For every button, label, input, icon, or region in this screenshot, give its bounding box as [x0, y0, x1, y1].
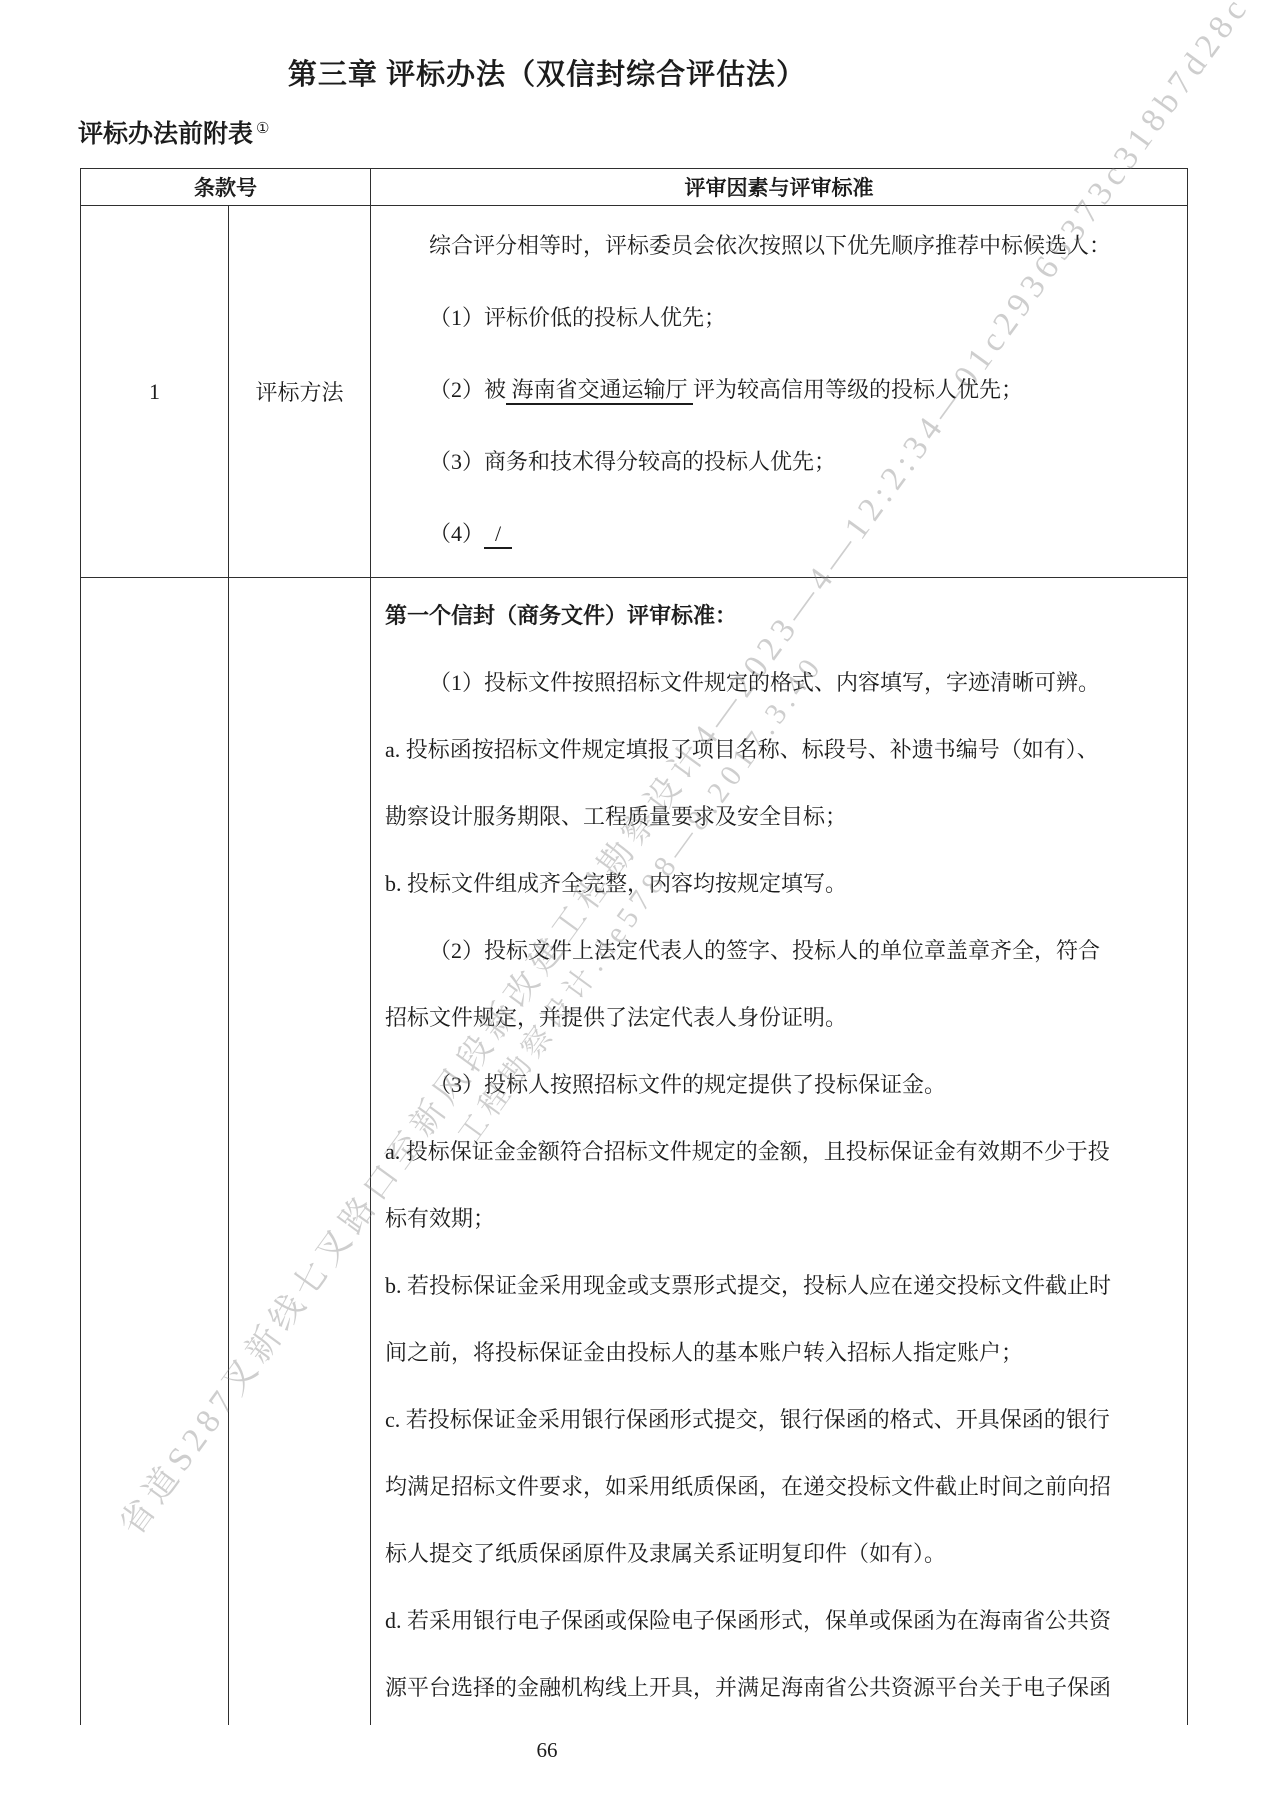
- table-text-line: （2）被 海南省交通运输厅 评为较高信用等级的投标人优先；: [385, 354, 1173, 426]
- text-run: （4）: [429, 521, 484, 546]
- evaluation-criteria-table: 条款号 评审因素与评审标准 1 评标方法 综合评分相等时，评标委员会依次按照以下…: [80, 168, 1188, 1725]
- text-run: 源平台选择的金融机构线上开具，并满足海南省公共资源平台关于电子保函: [385, 1675, 1111, 1700]
- criteria-content-cell: 综合评分相等时，评标委员会依次按照以下优先顺序推荐中标候选人：（1）评标价低的投…: [371, 206, 1187, 577]
- table-text-line: （3）投标人按照招标文件的规定提供了投标保证金。: [385, 1051, 1173, 1118]
- table-text-line: （3）商务和技术得分较高的投标人优先；: [385, 426, 1173, 498]
- table-text-line: 招标文件规定，并提供了法定代表人身份证明。: [385, 984, 1173, 1051]
- footnote-mark: ①: [256, 121, 269, 137]
- text-run: 第一个信封（商务文件）评审标准：: [385, 603, 737, 628]
- text-run: c. 若投标保证金采用银行保函形式提交，银行保函的格式、开具保函的银行: [385, 1407, 1110, 1432]
- section-title: 评标办法前附表①: [78, 114, 269, 150]
- table-row: 第一个信封（商务文件）评审标准：（1）投标文件按照招标文件规定的格式、内容填写，…: [81, 578, 1187, 1725]
- header-clause-number: 条款号: [81, 169, 371, 205]
- page-number: 66: [0, 1738, 1094, 1763]
- table-text-line: （4） /: [385, 498, 1173, 570]
- table-text-line: d. 若采用银行电子保函或保险电子保函形式，保单或保函为在海南省公共资: [385, 1587, 1173, 1654]
- table-text-line: c. 若投标保证金采用银行保函形式提交，银行保函的格式、开具保函的银行: [385, 1386, 1173, 1453]
- table-text-line: （1）评标价低的投标人优先；: [385, 282, 1173, 354]
- text-run: d. 若采用银行电子保函或保险电子保函形式，保单或保函为在海南省公共资: [385, 1608, 1111, 1633]
- text-run: 勘察设计服务期限、工程质量要求及安全目标；: [385, 804, 847, 829]
- text-run: （3）商务和技术得分较高的投标人优先；: [429, 449, 836, 474]
- underlined-blank: 海南省交通运输厅: [506, 377, 693, 405]
- table-text-line: a. 投标函按招标文件规定填报了项目名称、标段号、补遗书编号（如有）、: [385, 716, 1173, 783]
- text-run: 均满足招标文件要求，如采用纸质保函，在递交投标文件截止时间之前向招: [385, 1474, 1111, 1499]
- table-text-line: 第一个信封（商务文件）评审标准：: [385, 582, 1173, 649]
- table-text-line: 标人提交了纸质保函原件及隶属关系证明复印件（如有）。: [385, 1520, 1173, 1587]
- text-run: （3）投标人按照招标文件的规定提供了投标保证金。: [429, 1072, 946, 1097]
- clause-name-cell: [229, 578, 371, 1725]
- text-run: （2）被: [429, 377, 506, 402]
- text-run: （1）投标文件按照招标文件规定的格式、内容填写，字迹清晰可辨。: [429, 670, 1100, 695]
- text-run: 标有效期；: [385, 1206, 495, 1231]
- text-run: 评为较高信用等级的投标人优先；: [693, 377, 1023, 402]
- text-run: a. 投标函按招标文件规定填报了项目名称、标段号、补遗书编号（如有）、: [385, 737, 1099, 762]
- table-text-line: 勘察设计服务期限、工程质量要求及安全目标；: [385, 783, 1173, 850]
- text-run: 招标文件规定，并提供了法定代表人身份证明。: [385, 1005, 847, 1030]
- clause-number-cell: 1: [81, 206, 229, 577]
- text-run: 综合评分相等时，评标委员会依次按照以下优先顺序推荐中标候选人：: [429, 233, 1111, 258]
- table-text-line: 综合评分相等时，评标委员会依次按照以下优先顺序推荐中标候选人：: [385, 210, 1173, 282]
- table-text-line: （1）投标文件按照招标文件规定的格式、内容填写，字迹清晰可辨。: [385, 649, 1173, 716]
- underlined-blank: /: [484, 521, 512, 549]
- criteria-content-cell: 第一个信封（商务文件）评审标准：（1）投标文件按照招标文件规定的格式、内容填写，…: [371, 578, 1187, 1725]
- table-text-line: b. 若投标保证金采用现金或支票形式提交，投标人应在递交投标文件截止时: [385, 1252, 1173, 1319]
- table-text-line: b. 投标文件组成齐全完整，内容均按规定填写。: [385, 850, 1173, 917]
- table-text-line: 标有效期；: [385, 1185, 1173, 1252]
- text-run: 间之前，将投标保证金由投标人的基本账户转入招标人指定账户；: [385, 1340, 1023, 1365]
- text-run: 标人提交了纸质保函原件及隶属关系证明复印件（如有）。: [385, 1541, 946, 1566]
- table-header-row: 条款号 评审因素与评审标准: [81, 169, 1187, 206]
- clause-number-cell: [81, 578, 229, 1725]
- table-text-line: （2）投标文件上法定代表人的签字、投标人的单位章盖章齐全，符合: [385, 917, 1173, 984]
- table-text-line: 源平台选择的金融机构线上开具，并满足海南省公共资源平台关于电子保函: [385, 1654, 1173, 1721]
- clause-name-cell: 评标方法: [229, 206, 371, 577]
- section-title-text: 评标办法前附表: [78, 121, 253, 148]
- table-text-line: 间之前，将投标保证金由投标人的基本账户转入招标人指定账户；: [385, 1319, 1173, 1386]
- text-run: b. 若投标保证金采用现金或支票形式提交，投标人应在递交投标文件截止时: [385, 1273, 1111, 1298]
- text-run: （1）评标价低的投标人优先；: [429, 305, 726, 330]
- text-run: b. 投标文件组成齐全完整，内容均按规定填写。: [385, 871, 847, 896]
- text-run: （2）投标文件上法定代表人的签字、投标人的单位章盖章齐全，符合: [429, 938, 1100, 963]
- header-criteria: 评审因素与评审标准: [371, 169, 1187, 205]
- table-text-line: a. 投标保证金金额符合招标文件规定的金额，且投标保证金有效期不少于投: [385, 1118, 1173, 1185]
- chapter-title: 第三章 评标办法（双信封综合评估法）: [0, 52, 1094, 93]
- table-text-line: 均满足招标文件要求，如采用纸质保函，在递交投标文件截止时间之前向招: [385, 1453, 1173, 1520]
- table-row: 1 评标方法 综合评分相等时，评标委员会依次按照以下优先顺序推荐中标候选人：（1…: [81, 206, 1187, 578]
- text-run: a. 投标保证金金额符合招标文件规定的金额，且投标保证金有效期不少于投: [385, 1139, 1110, 1164]
- document-page: 第三章 评标办法（双信封综合评估法） 评标办法前附表① 条款号 评审因素与评审标…: [0, 0, 1267, 1793]
